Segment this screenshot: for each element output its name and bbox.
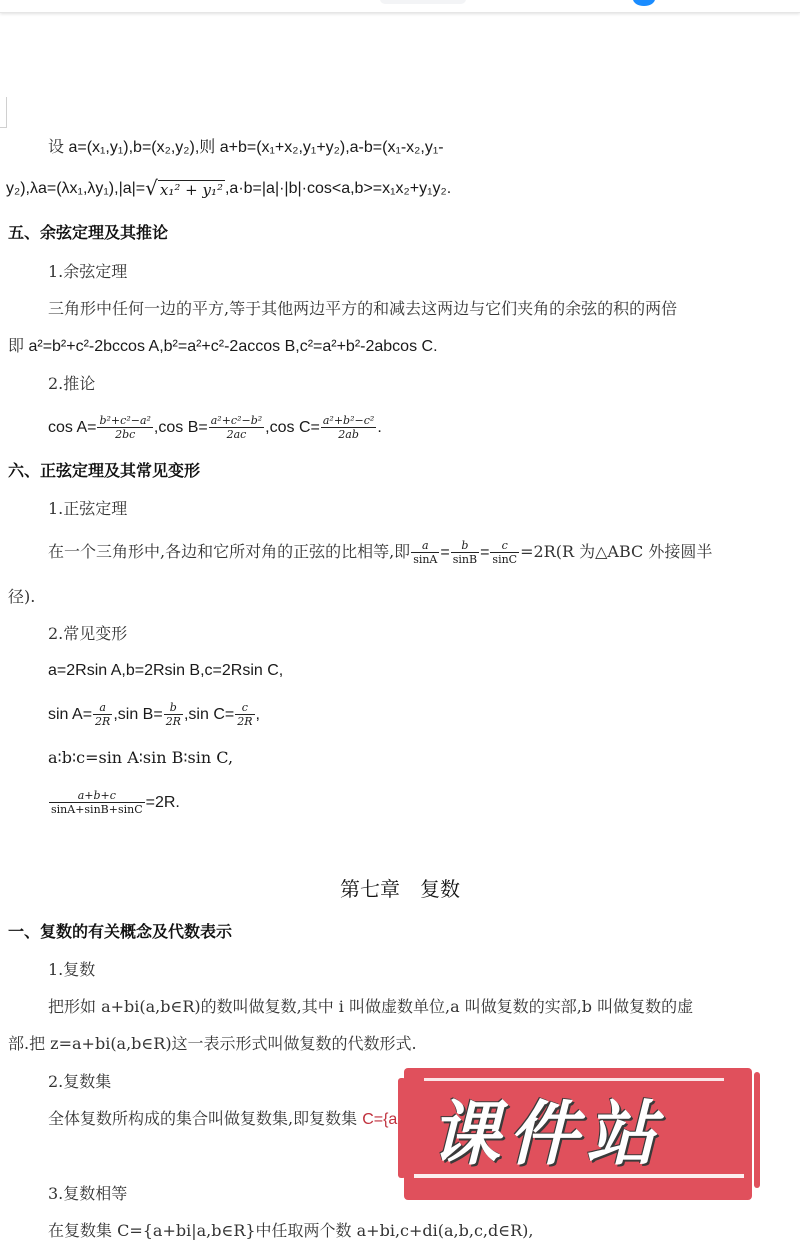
numerator: b (164, 701, 183, 715)
formula: a²=b²+c²-2bccos A,b²=a²+c²-2accos B,c²=a… (24, 338, 438, 355)
complex-equality-text: 在复数集 C={a+bi|a,b∈R}中任取两个数 a+bi,c+di(a,b,… (48, 1221, 533, 1241)
sine-law-wrap: 径). (8, 587, 35, 607)
numerator: b (451, 539, 479, 553)
denominator: sinA (411, 553, 439, 566)
sqrt-expression: √x₁² + y₁² (145, 178, 225, 200)
text: =2R(R 为△ABC 外接圆半 (520, 542, 712, 561)
sep: , (256, 706, 260, 723)
subheading-complex-set: 2.复数集 (48, 1072, 111, 1092)
numerator: a (93, 701, 112, 715)
label: sin C= (188, 706, 234, 723)
numerator: a (411, 539, 439, 553)
numerator: c (235, 701, 254, 715)
sine-law-text: 在一个三角形中,各边和它所对角的正弦的比相等,即asinA=bsinB=csin… (48, 538, 712, 567)
label: cos B= (158, 419, 207, 436)
denominator: 2R (93, 715, 112, 728)
label: sin B= (118, 706, 163, 723)
fraction: a+b+csinA+sinB+sinC (49, 789, 145, 816)
toolbar-accent-button[interactable] (633, 0, 655, 6)
denominator: sinB (451, 553, 479, 566)
denominator: sinC (490, 553, 519, 566)
numerator: a²+c²−b² (209, 414, 264, 428)
numerator: c (490, 539, 519, 553)
watermark-text: 课件站 (430, 1094, 664, 1174)
variant-3: a∶b∶c=sin A∶sin B∶sin C, (48, 748, 233, 768)
page-margin-mark (0, 97, 7, 128)
top-toolbar (0, 0, 800, 13)
fraction: b2R (164, 701, 183, 728)
subheading-cosine-law: 1.余弦定理 (48, 262, 127, 282)
denominator: 2ac (209, 428, 264, 441)
text: y₂),λa=(λx₁,λy₁),|a|= (6, 180, 145, 197)
sep: . (377, 419, 381, 436)
chapter-title: 第七章 复数 (340, 877, 460, 901)
fraction: bsinB (451, 539, 479, 566)
fraction: csinC (490, 539, 519, 566)
stamp-border-top (424, 1078, 724, 1081)
denominator: 2R (235, 715, 254, 728)
fraction: b²+c²−a²2bc (97, 414, 152, 441)
variant-2: sin A=a2R,sin B=b2R,sin C=c2R, (48, 700, 260, 730)
text: 即 (8, 336, 24, 355)
fraction: a2R (93, 701, 112, 728)
vector-line-2: y₂),λa=(λx₁,λy₁),|a|=√x₁² + y₁²,a·b=|a|·… (6, 178, 451, 200)
text: =2R. (146, 794, 180, 811)
label: cos C= (270, 419, 320, 436)
subheading-variants: 2.常见变形 (48, 624, 127, 644)
section-heading-5: 五、余弦定理及其推论 (8, 223, 168, 243)
cosine-law-formula: 即 a²=b²+c²-2bccos A,b²=a²+c²-2accos B,c²… (8, 336, 438, 357)
variant-4: a+b+csinA+sinB+sinC=2R. (48, 786, 180, 820)
vector-line-1: 设 a=(x₁,y₁),b=(x₂,y₂),则 a+b=(x₁+x₂,y₁+y₂… (48, 137, 444, 158)
complex-number-text: 把形如 a+bi(a,b∈R)的数叫做复数,其中 i 叫做虚数单位,a 叫做复数… (48, 997, 693, 1017)
fraction: a²+c²−b²2ac (209, 414, 264, 441)
denominator: 2ab (321, 428, 376, 441)
complex-number-wrap: 部.把 z=a+bi(a,b∈R)这一表示形式叫做复数的代数形式. (8, 1034, 417, 1054)
cosine-law-text: 三角形中任何一边的平方,等于其他两边平方的和减去这两边与它们夹角的余弦的积的两倍 (48, 299, 677, 319)
label: cos A= (48, 419, 96, 436)
numerator: a+b+c (49, 789, 145, 803)
variant-1: a=2Rsin A,b=2Rsin B,c=2Rsin C, (48, 661, 283, 681)
subheading-complex-equality: 3.复数相等 (48, 1184, 127, 1204)
fraction: asinA (411, 539, 439, 566)
corollary-formulas: cos A=b²+c²−a²2bc,cos B=a²+c²−b²2ac,cos … (48, 414, 382, 442)
denominator: 2R (164, 715, 183, 728)
text: a=(x₁,y₁),b=(x₂,y₂),则 a+b=(x₁+x₂,y₁+y₂),… (64, 139, 444, 156)
subheading-complex-number: 1.复数 (48, 960, 95, 980)
numerator: b²+c²−a² (97, 414, 152, 428)
fraction: a²+b²−c²2ab (321, 414, 376, 441)
section-heading-6: 六、正弦定理及其常见变形 (8, 461, 200, 481)
denominator: sinA+sinB+sinC (49, 803, 145, 816)
text: 全体复数所构成的集合叫做复数集,即复数集 (48, 1109, 362, 1128)
section-heading-complex-1: 一、复数的有关概念及代数表示 (8, 922, 232, 942)
fraction: c2R (235, 701, 254, 728)
text: ,a·b=|a|·|b|·cos<a,b>=x₁x₂+y₁y₂. (225, 180, 451, 197)
denominator: 2bc (97, 428, 152, 441)
text: 设 (48, 137, 64, 156)
watermark-stamp: 课件站 (404, 1068, 752, 1200)
text: 在一个三角形中,各边和它所对角的正弦的比相等,即 (48, 542, 410, 561)
subheading-sine-law: 1.正弦定理 (48, 499, 127, 519)
toolbar-tab-pill[interactable] (380, 0, 466, 4)
subheading-corollary: 2.推论 (48, 374, 95, 394)
label: sin A= (48, 706, 92, 723)
sqrt-body: x₁² + y₁² (158, 180, 225, 199)
numerator: a²+b²−c² (321, 414, 376, 428)
